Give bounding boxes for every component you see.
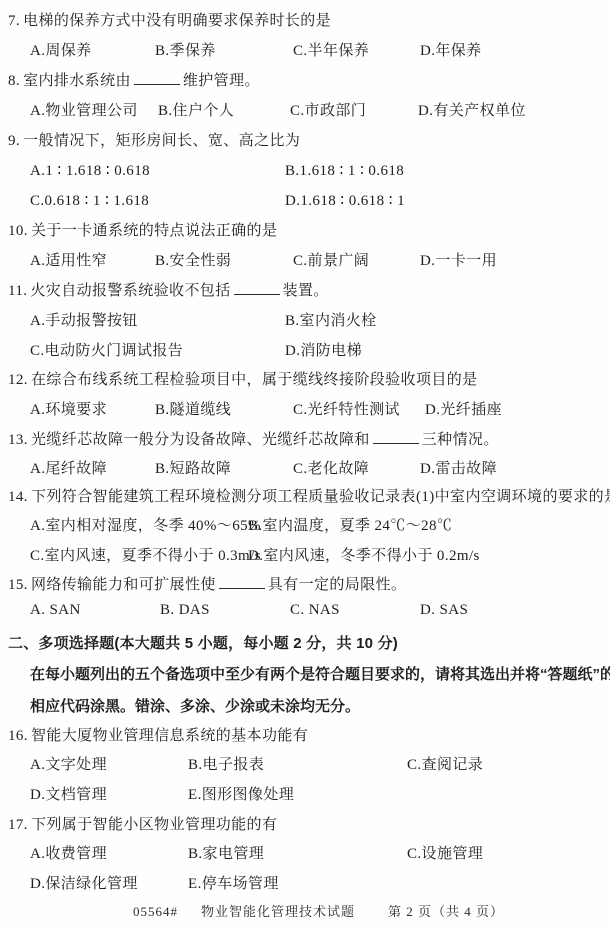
- question-15-option-d: D. SAS: [420, 600, 468, 620]
- question-11-option-a: A.手动报警按钮: [30, 311, 138, 331]
- question-7-options: A.周保养 B.季保养 C.半年保养 D.年保养: [0, 41, 610, 61]
- question-13-option-b: B.短路故障: [155, 459, 231, 479]
- question-15-options: A. SAN B. DAS C. NAS D. SAS: [0, 600, 610, 620]
- question-text: 电梯的保养方式中没有明确要求保养时长的是: [23, 13, 331, 29]
- question-8: 8.室内排水系统由维护管理。: [8, 71, 260, 91]
- question-text: 下列符合智能建筑工程环境检测分项工程质量验收记录表(1)中室内空调环境的要求的是: [31, 489, 610, 505]
- question-10-option-c: C.前景广阔: [293, 251, 369, 271]
- question-7-option-d: D.年保养: [420, 41, 482, 61]
- blank-underline: [234, 281, 280, 295]
- question-7-option-c: C.半年保养: [293, 41, 369, 61]
- question-14: 14.下列符合智能建筑工程环境检测分项工程质量验收记录表(1)中室内空调环境的要…: [8, 487, 610, 507]
- question-7-option-b: B.季保养: [155, 41, 216, 61]
- exam-paper-page: 7.电梯的保养方式中没有明确要求保养时长的是 A.周保养 B.季保养 C.半年保…: [0, 0, 610, 929]
- question-13-option-d: D.雷击故障: [420, 459, 497, 479]
- question-11-options-row-2: C.电动防火门调试报告 D.消防电梯: [0, 341, 610, 361]
- section-2-instruction-line-2: 相应代码涂黑。错涂、多涂、少涂或未涂均无分。: [30, 697, 360, 717]
- question-text: 室内排水系统由: [23, 73, 131, 89]
- question-text: 网络传输能力和可扩展性使: [31, 577, 216, 593]
- question-text: 装置。: [283, 283, 329, 299]
- question-number: 17.: [8, 817, 28, 833]
- question-10-option-a: A.适用性窄: [30, 251, 107, 271]
- question-number: 8.: [8, 73, 20, 89]
- footer-paper-title: 物业智能化管理技术试题: [201, 902, 355, 922]
- question-number: 13.: [8, 432, 28, 448]
- section-2-heading: 二、多项选择题(本大题共 5 小题，每小题 2 分，共 10 分): [8, 634, 398, 654]
- question-16-option-e: E.图形图像处理: [188, 785, 294, 805]
- question-12-option-a: A.环境要求: [30, 400, 107, 420]
- footer-paper-code: 05564#: [133, 902, 178, 922]
- question-text: 火灾自动报警系统验收不包括: [30, 283, 230, 299]
- question-14-option-c: C.室内风速，夏季不得小于 0.3m/s: [30, 546, 261, 566]
- question-9-options-row-1: A.1 ∶ 1.618 ∶ 0.618 B.1.618 ∶ 1 ∶ 0.618: [0, 161, 610, 181]
- blank-underline: [219, 575, 265, 589]
- question-10: 10.关于一卡通系统的特点说法正确的是: [8, 221, 277, 241]
- question-16-option-a: A.文字处理: [30, 755, 107, 775]
- question-17-options-row-2: D.保洁绿化管理 E.停车场管理: [0, 874, 610, 894]
- question-9-option-a: A.1 ∶ 1.618 ∶ 0.618: [30, 161, 150, 181]
- question-14-option-b: B.室内温度，夏季 24℃～28℃: [248, 516, 452, 536]
- question-number: 16.: [8, 728, 28, 744]
- question-12: 12.在综合布线系统工程检验项目中，属于缆线终接阶段验收项目的是: [8, 370, 478, 390]
- question-17-option-e: E.停车场管理: [188, 874, 279, 894]
- question-11-option-b: B.室内消火栓: [285, 311, 377, 331]
- question-8-option-b: B.住户个人: [158, 101, 234, 121]
- question-7-option-a: A.周保养: [30, 41, 92, 61]
- question-text: 具有一定的局限性。: [268, 577, 407, 593]
- question-12-option-d: D.光纤插座: [425, 400, 502, 420]
- question-10-options: A.适用性窄 B.安全性弱 C.前景广阔 D.一卡一用: [0, 251, 610, 271]
- question-text: 三种情况。: [422, 432, 499, 448]
- question-8-options: A.物业管理公司 B.住户个人 C.市政部门 D.有关产权单位: [0, 101, 610, 121]
- question-17-options-row-1: A.收费管理 B.家电管理 C.设施管理: [0, 844, 610, 864]
- question-text: 维护管理。: [183, 73, 260, 89]
- question-17-option-c: C.设施管理: [407, 844, 483, 864]
- question-17-option-d: D.保洁绿化管理: [30, 874, 138, 894]
- question-text: 智能大厦物业管理信息系统的基本功能有: [31, 728, 308, 744]
- question-12-option-c: C.光纤特性测试: [293, 400, 400, 420]
- question-14-option-d: D.室内风速，冬季不得小于 0.2m/s: [248, 546, 480, 566]
- question-13: 13.光缆纤芯故障一般分为设备故障、光缆纤芯故障和三种情况。: [8, 430, 499, 450]
- question-9-option-c: C.0.618 ∶ 1 ∶ 1.618: [30, 191, 149, 211]
- question-text: 关于一卡通系统的特点说法正确的是: [31, 223, 277, 239]
- question-16-option-b: B.电子报表: [188, 755, 264, 775]
- question-11-option-d: D.消防电梯: [285, 341, 362, 361]
- blank-underline: [373, 430, 419, 444]
- footer-page-info: 第 2 页（共 4 页）: [388, 902, 504, 922]
- question-17-option-a: A.收费管理: [30, 844, 107, 864]
- question-14-options-row-2: C.室内风速，夏季不得小于 0.3m/s D.室内风速，冬季不得小于 0.2m/…: [0, 546, 610, 566]
- question-13-options: A.尾纤故障 B.短路故障 C.老化故障 D.雷击故障: [0, 459, 610, 479]
- question-9-options-row-2: C.0.618 ∶ 1 ∶ 1.618 D.1.618 ∶ 0.618 ∶ 1: [0, 191, 610, 211]
- question-number: 11.: [8, 283, 27, 299]
- question-8-option-d: D.有关产权单位: [418, 101, 526, 121]
- question-7: 7.电梯的保养方式中没有明确要求保养时长的是: [8, 11, 331, 31]
- question-15-option-c: C. NAS: [290, 600, 340, 620]
- question-11: 11.火灾自动报警系统验收不包括装置。: [8, 281, 329, 301]
- question-14-options-row-1: A.室内相对湿度，冬季 40%～65% B.室内温度，夏季 24℃～28℃: [0, 516, 610, 536]
- question-8-option-a: A.物业管理公司: [30, 101, 138, 121]
- question-text: 在综合布线系统工程检验项目中，属于缆线终接阶段验收项目的是: [31, 372, 478, 388]
- question-number: 14.: [8, 489, 28, 505]
- question-15: 15.网络传输能力和可扩展性使具有一定的局限性。: [8, 575, 406, 595]
- question-16: 16.智能大厦物业管理信息系统的基本功能有: [8, 726, 308, 746]
- question-16-options-row-1: A.文字处理 B.电子报表 C.查阅记录: [0, 755, 610, 775]
- question-9-option-d: D.1.618 ∶ 0.618 ∶ 1: [285, 191, 405, 211]
- question-13-option-c: C.老化故障: [293, 459, 369, 479]
- question-15-option-b: B. DAS: [160, 600, 210, 620]
- question-15-option-a: A. SAN: [30, 600, 81, 620]
- question-14-option-a: A.室内相对湿度，冬季 40%～65%: [30, 516, 261, 536]
- question-number: 7.: [8, 13, 20, 29]
- question-number: 10.: [8, 223, 28, 239]
- question-number: 15.: [8, 577, 28, 593]
- question-13-option-a: A.尾纤故障: [30, 459, 107, 479]
- section-2-instruction-line-1: 在每小题列出的五个备选项中至少有两个是符合题目要求的，请将其选出并将“答题纸”的: [30, 665, 610, 685]
- question-16-option-d: D.文档管理: [30, 785, 107, 805]
- question-11-options-row-1: A.手动报警按钮 B.室内消火栓: [0, 311, 610, 331]
- question-number: 12.: [8, 372, 28, 388]
- question-11-option-c: C.电动防火门调试报告: [30, 341, 183, 361]
- question-16-option-c: C.查阅记录: [407, 755, 483, 775]
- blank-underline: [134, 71, 180, 85]
- question-12-option-b: B.隧道缆线: [155, 400, 231, 420]
- question-text: 一般情况下，矩形房间长、宽、高之比为: [23, 133, 300, 149]
- question-text: 光缆纤芯故障一般分为设备故障、光缆纤芯故障和: [31, 432, 370, 448]
- question-8-option-c: C.市政部门: [290, 101, 366, 121]
- question-number: 9.: [8, 133, 20, 149]
- question-17: 17.下列属于智能小区物业管理功能的有: [8, 815, 277, 835]
- question-9-option-b: B.1.618 ∶ 1 ∶ 0.618: [285, 161, 404, 181]
- question-16-options-row-2: D.文档管理 E.图形图像处理: [0, 785, 610, 805]
- question-text: 下列属于智能小区物业管理功能的有: [31, 817, 277, 833]
- question-10-option-d: D.一卡一用: [420, 251, 497, 271]
- question-12-options: A.环境要求 B.隧道缆线 C.光纤特性测试 D.光纤插座: [0, 400, 610, 420]
- question-17-option-b: B.家电管理: [188, 844, 264, 864]
- question-9: 9.一般情况下，矩形房间长、宽、高之比为: [8, 131, 300, 151]
- page-footer: 05564# 物业智能化管理技术试题 第 2 页（共 4 页）: [0, 902, 610, 922]
- question-10-option-b: B.安全性弱: [155, 251, 231, 271]
